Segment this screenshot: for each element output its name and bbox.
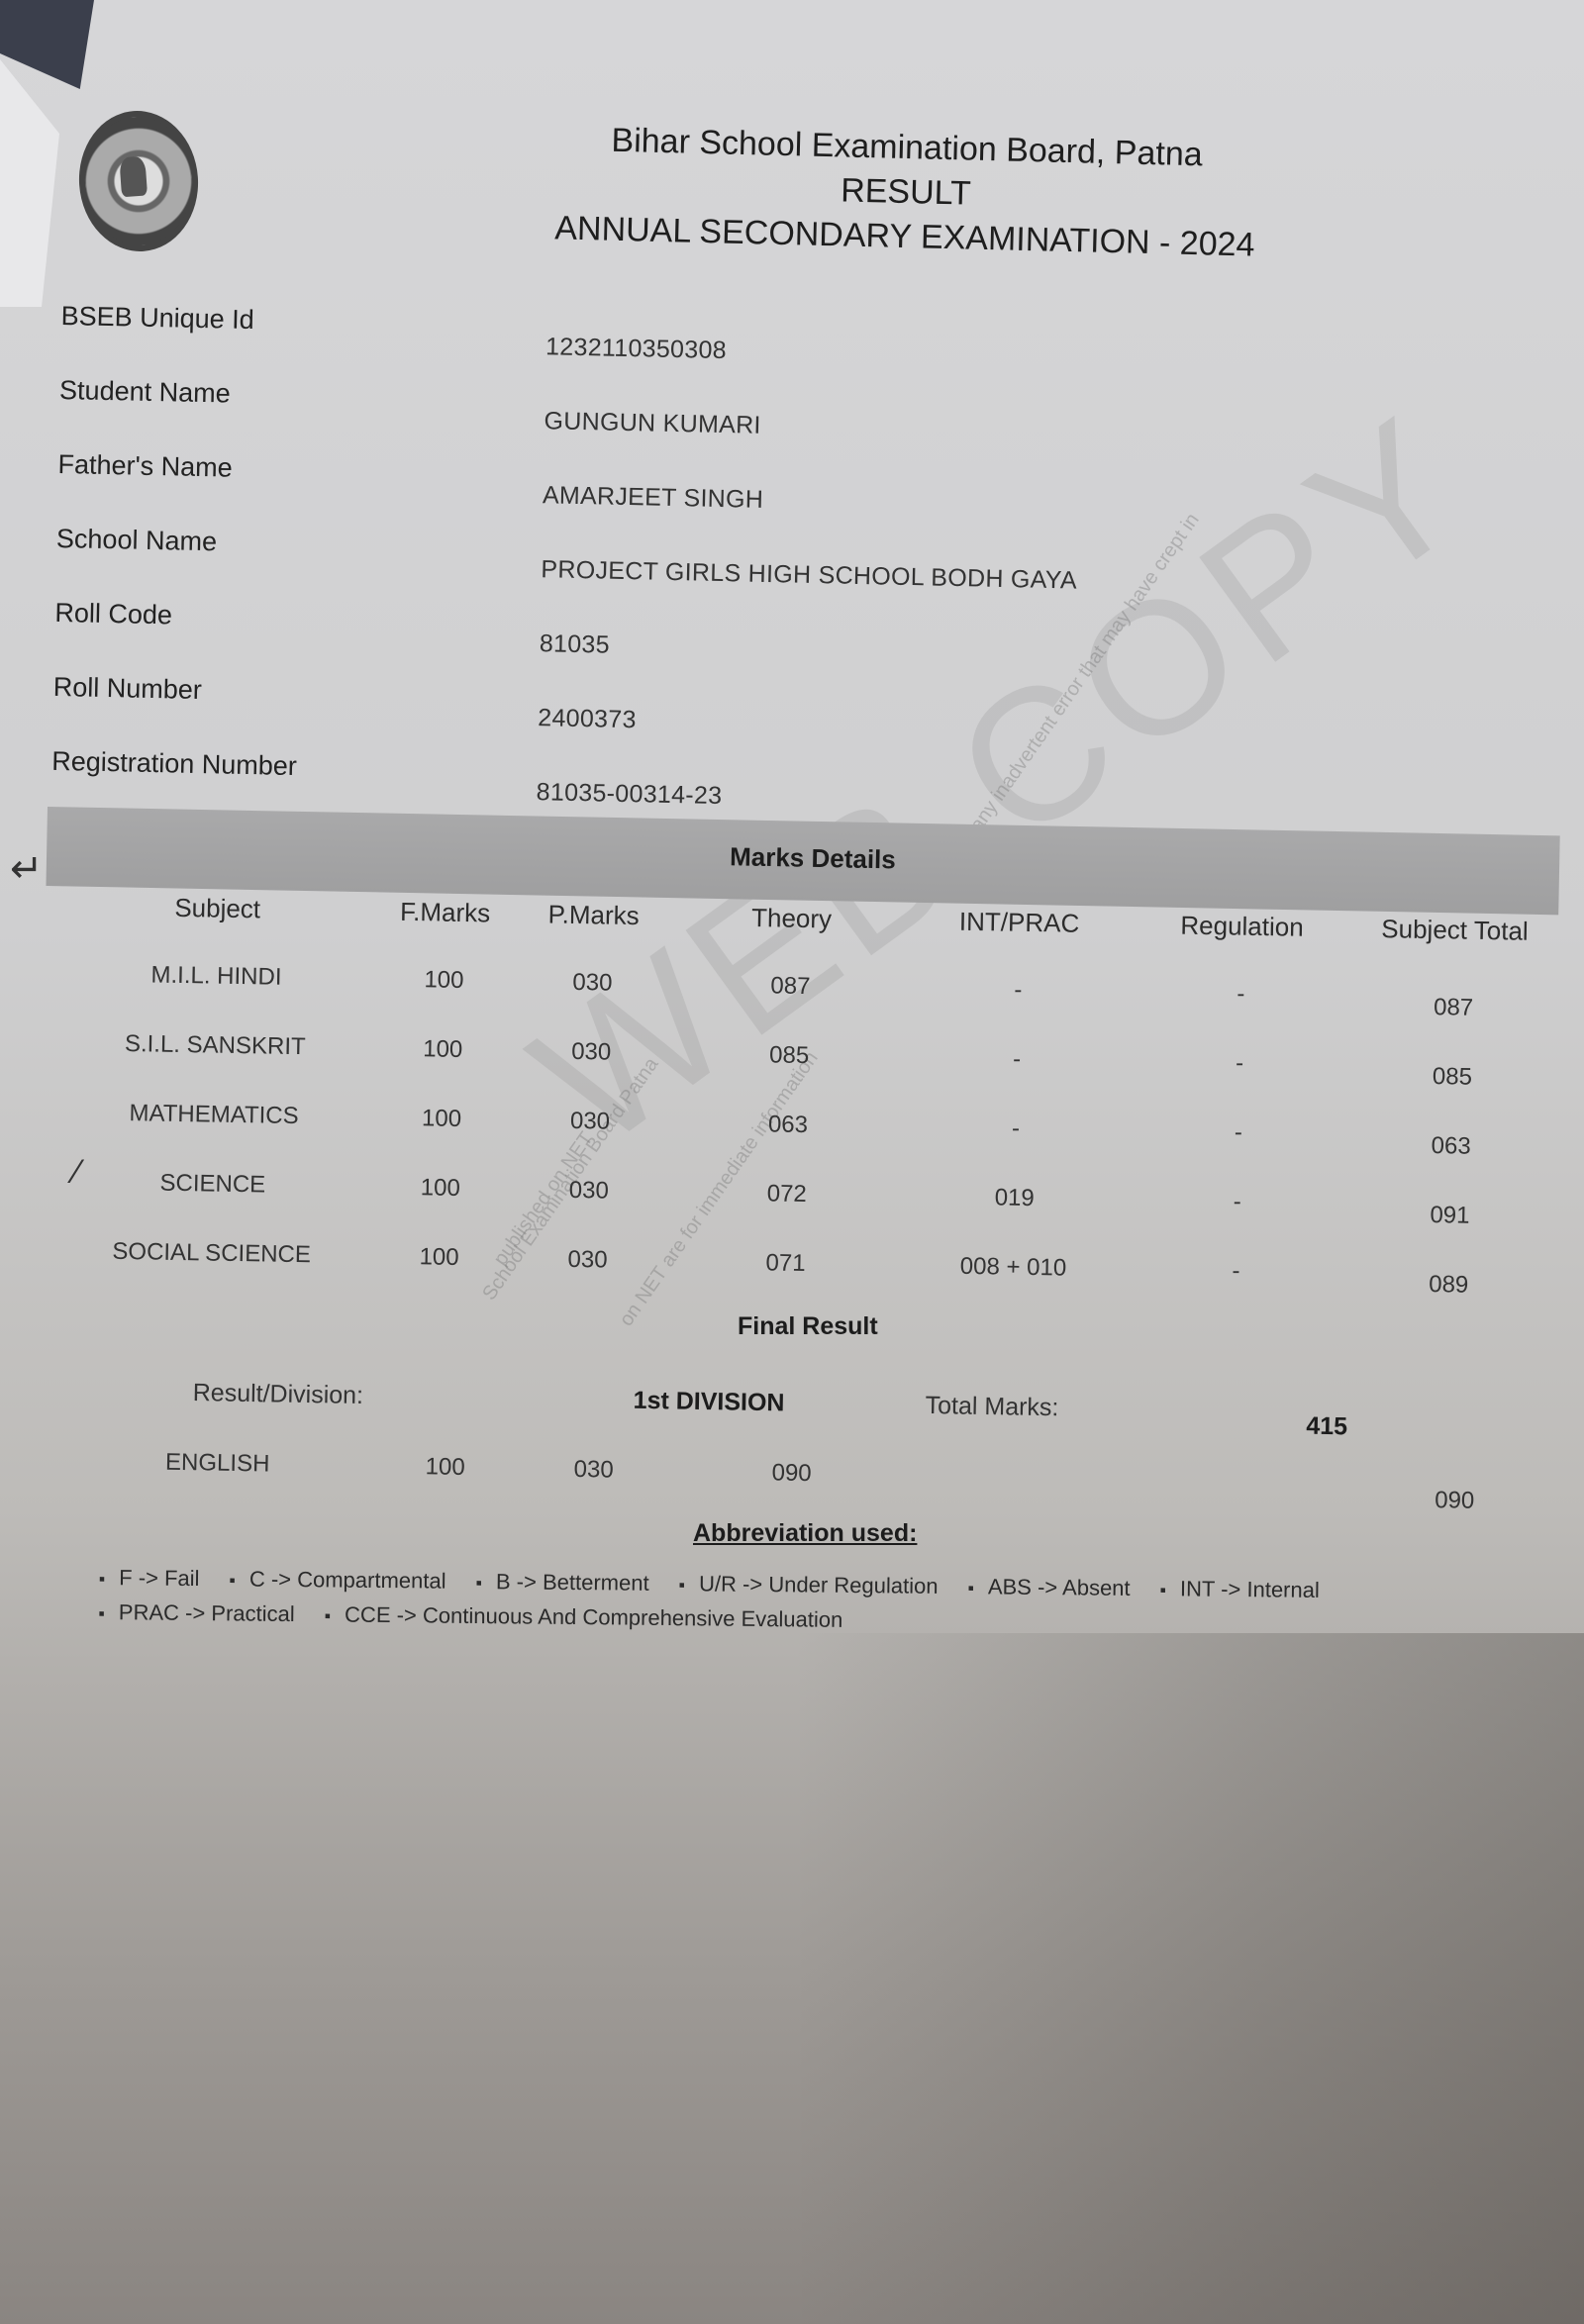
cell: 063 <box>1351 1131 1549 1162</box>
info-label: School Name <box>56 524 218 557</box>
background-edge <box>0 0 94 89</box>
subject-name: M.I.L. HINDI <box>67 960 364 993</box>
section-title: Marks Details <box>730 841 896 875</box>
column-header: Subject Total <box>1355 914 1554 947</box>
cell: 030 <box>531 1107 649 1136</box>
cell: 030 <box>533 968 651 998</box>
abbreviation-item: U/R -> Under Regulation <box>678 1567 938 1604</box>
photo-shadow <box>792 1633 1584 2324</box>
cell: - <box>1142 1187 1331 1217</box>
final-result: Result/Division: 1st DIVISION Total Mark… <box>193 1379 1480 1402</box>
cell: - <box>918 1044 1116 1075</box>
cell: 085 <box>1353 1062 1551 1093</box>
info-value: 1232110350308 <box>545 333 727 365</box>
info-value: AMARJEET SINGH <box>543 481 764 515</box>
cell: 071 <box>716 1248 854 1278</box>
info-value: 81035-00314-23 <box>536 778 722 811</box>
info-label: Roll Number <box>52 672 202 706</box>
cell: 030 <box>534 1455 652 1485</box>
cell: 087 <box>1354 993 1552 1023</box>
cell: - <box>917 1114 1115 1144</box>
marks-table: Subject F.Marks P.Marks Theory INT/PRAC … <box>62 891 1554 1332</box>
abbreviation-item: ABS -> Absent <box>967 1570 1130 1606</box>
abbreviation-item: CCE -> Continuous And Comprehensive Eval… <box>325 1598 843 1637</box>
cell: 030 <box>528 1245 646 1275</box>
cell: 090 <box>1355 1486 1553 1516</box>
info-label: Father's Name <box>57 449 233 484</box>
column-header: Subject <box>68 891 365 926</box>
cell: 100 <box>383 1035 502 1065</box>
cell: 008 + 010 <box>914 1252 1112 1283</box>
column-header: Regulation <box>1147 910 1336 943</box>
info-value: 2400373 <box>538 704 637 734</box>
board-seal-icon <box>74 107 203 255</box>
cell: - <box>1144 1117 1333 1148</box>
student-info: BSEB Unique Id 1232110350308 Student Nam… <box>50 301 1150 843</box>
cell: 100 <box>381 1174 500 1204</box>
info-value: GUNGUN KUMARI <box>544 407 761 440</box>
division-value: 1st DIVISION <box>633 1387 784 1418</box>
abbreviation-title: Abbreviation used: <box>693 1519 917 1548</box>
abbreviation-item: C -> Compartmental <box>229 1562 445 1598</box>
subject-name: SCIENCE <box>64 1168 361 1201</box>
document-header: Bihar School Examination Board, Patna RE… <box>534 120 1279 265</box>
cell: 072 <box>718 1179 856 1209</box>
column-header: Theory <box>722 903 861 935</box>
column-header: P.Marks <box>534 899 653 931</box>
cell: 100 <box>384 966 503 996</box>
cell: - <box>1145 1048 1334 1079</box>
division-label: Result/Division: <box>192 1379 363 1410</box>
info-value: PROJECT GIRLS HIGH SCHOOL BODH GAYA <box>541 555 1077 595</box>
cell: ENGLISH <box>69 1447 366 1480</box>
background-edge-light <box>0 59 59 307</box>
info-label: BSEB Unique Id <box>60 301 254 336</box>
cell: 019 <box>915 1183 1113 1213</box>
final-result-title: Final Result <box>738 1312 878 1341</box>
abbreviation-item: PRAC -> Practical <box>98 1596 295 1632</box>
cell: 087 <box>721 972 859 1002</box>
subject-name: MATHEMATICS <box>65 1099 362 1131</box>
total-marks-value: 415 <box>1306 1412 1347 1442</box>
cell: 100 <box>379 1243 498 1273</box>
info-label: Roll Code <box>54 598 172 630</box>
pen-mark: ↵ <box>10 846 44 892</box>
cell: - <box>1141 1256 1330 1287</box>
cell: 063 <box>719 1110 857 1139</box>
cell: - <box>919 975 1117 1006</box>
abbreviation-item: B -> Betterment <box>475 1565 648 1601</box>
cell: 085 <box>720 1040 858 1070</box>
info-value: 81035 <box>540 629 611 659</box>
info-label: Registration Number <box>51 746 297 782</box>
total-marks-label: Total Marks: <box>925 1392 1058 1422</box>
abbreviation-item: INT -> Internal <box>1159 1572 1320 1608</box>
abbreviation-list: F -> FailC -> CompartmentalB -> Betterme… <box>98 1561 1505 1645</box>
pen-tick-mark: ⁄ <box>74 1153 80 1192</box>
column-header: INT/PRAC <box>920 906 1119 939</box>
cell: - <box>1146 979 1335 1010</box>
cell: 100 <box>385 1453 504 1483</box>
cell: 091 <box>1350 1201 1548 1231</box>
info-label: Student Name <box>59 375 231 410</box>
abbreviation-item: F -> Fail <box>99 1561 200 1597</box>
subject-name: SOCIAL SCIENCE <box>62 1237 359 1270</box>
cell: 090 <box>722 1459 860 1489</box>
column-header: F.Marks <box>385 897 505 929</box>
cell: 030 <box>530 1176 648 1206</box>
subject-name: S.I.L. SANSKRIT <box>66 1029 363 1062</box>
cell: 030 <box>532 1037 650 1067</box>
cell: 089 <box>1349 1270 1547 1301</box>
cell: 100 <box>382 1105 501 1134</box>
